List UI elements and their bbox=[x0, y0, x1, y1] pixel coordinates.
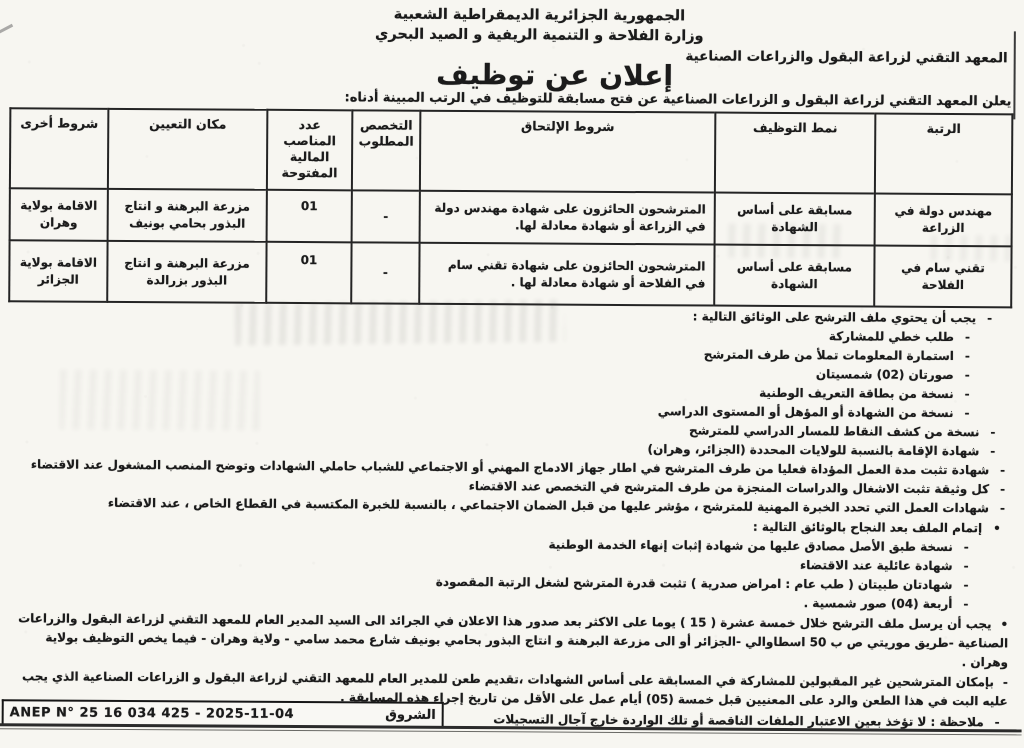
dash-bullet-icon: - bbox=[965, 385, 970, 404]
newspaper-name: الشروق bbox=[385, 708, 435, 723]
institute-name: المعهد التقني لزراعة البقول والزراعات ال… bbox=[685, 48, 1007, 66]
dash-bullet-icon: - bbox=[964, 538, 969, 557]
vacancies-table: الرتبة نمط التوظيف شروط الإلتحاق التخصص … bbox=[8, 107, 1013, 308]
col-header-open-positions: عدد المناصب المالية المفتوحة bbox=[267, 110, 352, 191]
scan-noise bbox=[728, 224, 843, 259]
requirements-section: -يجب أن يحتوي ملف الترشح على الوثائق الت… bbox=[6, 303, 1013, 732]
dash-bullet-icon: - bbox=[963, 595, 968, 614]
dash-bullet-icon: - bbox=[1000, 499, 1005, 518]
col-header-other-conditions: شروط أخرى bbox=[10, 108, 108, 189]
scan-corner-mark bbox=[0, 24, 18, 44]
dash-bullet-icon: - bbox=[965, 347, 970, 366]
announcement-title: إعلان عن توظيف bbox=[410, 58, 700, 93]
cell-location: مزرعة البرهنة و انتاج البذور بزرالدة bbox=[107, 241, 266, 303]
dash-bullet-icon: - bbox=[990, 442, 995, 461]
table-header-row: الرتبة نمط التوظيف شروط الإلتحاق التخصص … bbox=[10, 108, 1012, 194]
cell-positions: 01 bbox=[266, 242, 351, 304]
scan-edge-line bbox=[1013, 31, 1016, 119]
announcement-intro: يعلن المعهد التقني لزراعة البقول و الزرا… bbox=[344, 90, 1011, 109]
gov-header-line2: وزارة الفلاحة و التنمية الريفية و الصيد … bbox=[317, 24, 762, 47]
cell-conditions: المترشحون الحائزون على شهادة تقني سام في… bbox=[419, 243, 714, 306]
dash-bullet-icon: - bbox=[964, 404, 969, 423]
cell-specialty: - bbox=[352, 190, 420, 242]
col-header-rank: الرتبة bbox=[875, 114, 1012, 195]
table-row: مهندس دولة في الزراعة مسابقة على أساس ال… bbox=[10, 188, 1012, 246]
gov-header-line1: الجمهورية الجزائرية الديمقراطية الشعبية bbox=[317, 4, 762, 27]
dash-bullet-icon: - bbox=[965, 366, 970, 385]
dash-bullet-icon: - bbox=[1000, 480, 1005, 499]
col-header-assignment-location: مكان التعيين bbox=[108, 109, 267, 190]
scan-noise bbox=[59, 370, 259, 431]
scan-noise bbox=[235, 300, 565, 346]
cell-other-conditions: الاقامة بولاية وهران bbox=[10, 188, 108, 241]
col-header-recruitment-mode: نمط التوظيف bbox=[715, 113, 875, 194]
table-row: تقني سام في الفلاحة مسابقة على أساس الشه… bbox=[9, 240, 1011, 307]
cell-positions: 01 bbox=[267, 190, 352, 243]
anep-number: ANEP N° 25 16 034 425 - 2025-11-04 bbox=[10, 705, 295, 722]
dash-bullet-icon: - bbox=[1003, 673, 1008, 692]
dot-bullet-icon: • bbox=[1001, 615, 1009, 634]
document-sheet: الجمهورية الجزائرية الديمقراطية الشعبية … bbox=[0, 0, 1024, 748]
cell-location: مزرعة البرهنة و انتاج البذور بحامي بونيف bbox=[108, 189, 267, 242]
scan-noise bbox=[930, 235, 1010, 261]
dot-bullet-icon: • bbox=[993, 519, 1001, 538]
scanned-announcement-page: الجمهورية الجزائرية الديمقراطية الشعبية … bbox=[0, 0, 1024, 748]
dash-bullet-icon: - bbox=[965, 328, 970, 347]
dash-bullet-icon: - bbox=[1000, 461, 1005, 480]
cell-other-conditions: الاقامة بولاية الجزائر bbox=[9, 240, 107, 302]
cell-conditions: المترشحون الحائزون على شهادة مهندس دولة … bbox=[420, 191, 715, 245]
government-header: الجمهورية الجزائرية الديمقراطية الشعبية … bbox=[317, 4, 762, 47]
submission-paragraph: •يجب أن يرسل ملف الترشح خلال خمسة عشرة (… bbox=[6, 609, 1008, 672]
col-header-required-specialty: التخصص المطلوب bbox=[352, 110, 420, 190]
col-header-eligibility-conditions: شروط الإلتحاق bbox=[420, 111, 715, 193]
dash-bullet-icon: - bbox=[987, 309, 992, 328]
cell-specialty: - bbox=[351, 242, 419, 303]
dash-bullet-icon: - bbox=[964, 557, 969, 576]
dash-bullet-icon: - bbox=[990, 423, 995, 442]
dash-bullet-icon: - bbox=[963, 576, 968, 595]
